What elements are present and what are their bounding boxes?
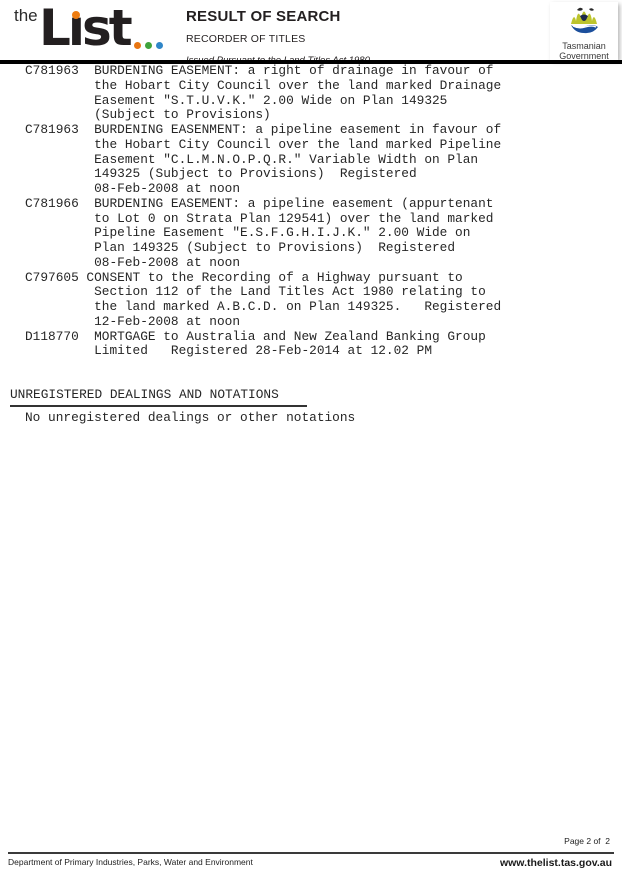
page-number: Page 2 of 2 bbox=[564, 836, 610, 846]
footer-divider-rule bbox=[8, 852, 614, 854]
dealing-entry: C797605 CONSENT to the Recording of a Hi… bbox=[25, 271, 501, 330]
logo-i-dot-icon bbox=[72, 11, 80, 19]
logo-the-text: the bbox=[14, 6, 38, 26]
gov-logo-text: Tasmanian Government bbox=[550, 42, 618, 61]
tasmanian-government-logo: Tasmanian Government bbox=[550, 2, 618, 60]
unregistered-section-heading: UNREGISTERED DEALINGS AND NOTATIONS bbox=[10, 385, 307, 407]
unregistered-section-body: No unregistered dealings or other notati… bbox=[25, 410, 355, 425]
logo-list-text: Lıst bbox=[39, 0, 130, 58]
dealing-entry: C781966 BURDENING EASEMENT: a pipeline e… bbox=[25, 197, 501, 271]
page-subtitle: RECORDER OF TITLES bbox=[186, 33, 370, 45]
result-of-search-page: the Lıst RESULT OF SEARCH RECORDER OF TI… bbox=[0, 0, 622, 880]
logo-ellipsis-dots-icon bbox=[134, 42, 163, 49]
dealing-entry: D118770 MORTGAGE to Australia and New Ze… bbox=[25, 330, 501, 360]
footer-department: Department of Primary Industries, Parks,… bbox=[8, 857, 253, 867]
registered-dealings-list: C781963 BURDENING EASEMENT: a right of d… bbox=[25, 64, 501, 359]
thelist-logo: the Lıst bbox=[14, 4, 164, 60]
document-header: RESULT OF SEARCH RECORDER OF TITLES Issu… bbox=[186, 8, 370, 66]
dealing-entry: C781963 BURDENING EASEMENT: a right of d… bbox=[25, 64, 501, 123]
dealing-entry: C781963 BURDENING EASENMENT: a pipeline … bbox=[25, 123, 501, 197]
page-title: RESULT OF SEARCH bbox=[186, 8, 370, 25]
tasmanian-emblem-icon bbox=[563, 4, 605, 36]
footer-website-url: www.thelist.tas.gov.au bbox=[500, 857, 612, 869]
